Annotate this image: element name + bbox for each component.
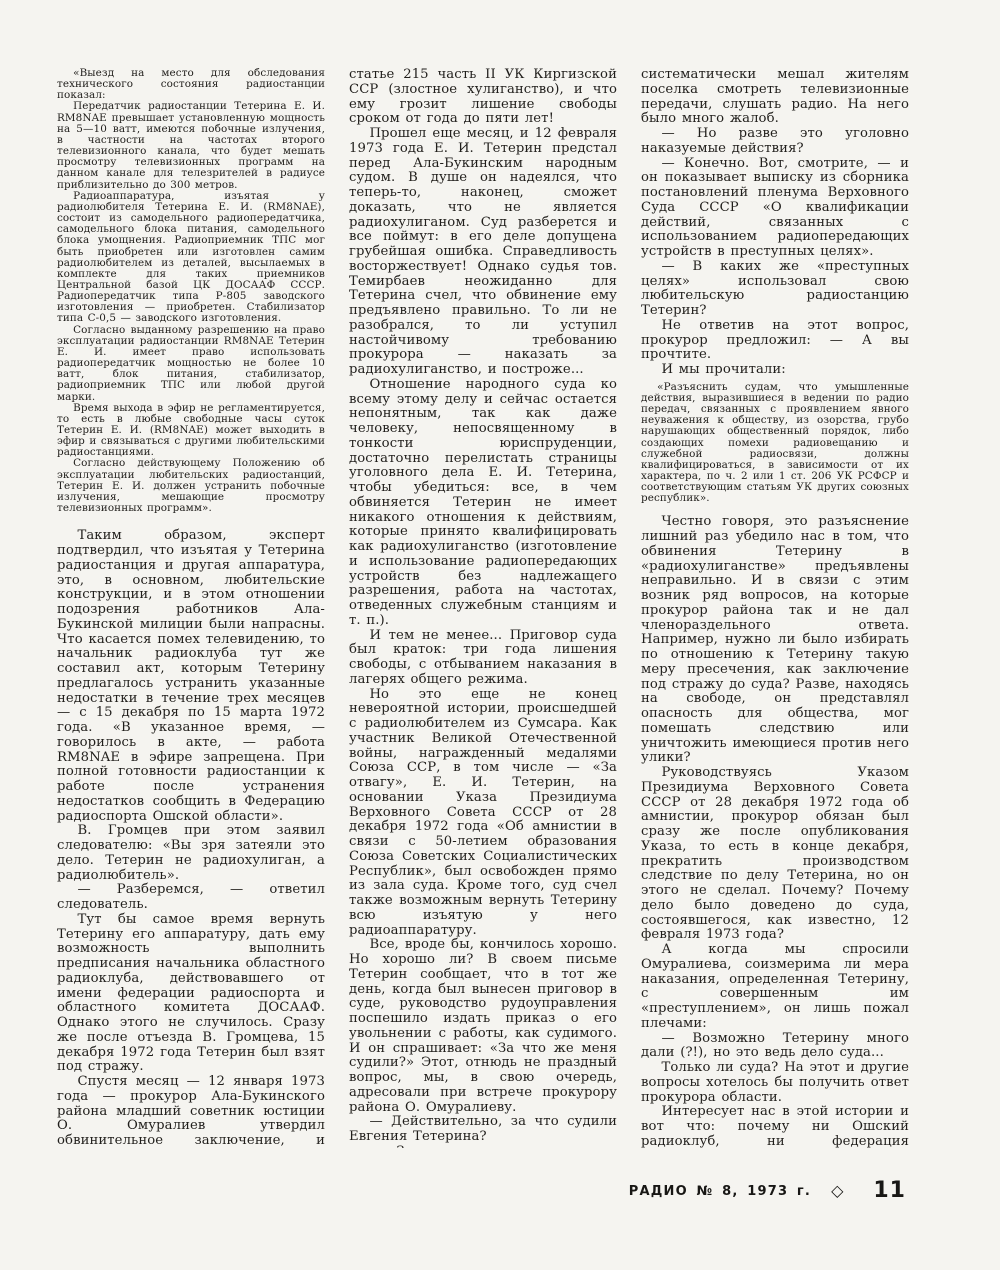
paragraph: Все, вроде бы, кончилось хорошо. Но хоро… — [349, 938, 617, 1115]
magazine-page: «Выезд на место для обследования техниче… — [0, 0, 1000, 1270]
paragraph: — В каких же «преступных целях» использо… — [641, 260, 909, 319]
paragraph: Спустя месяц — 12 января 1973 года — про… — [57, 1075, 325, 1148]
paragraph: Радиоаппаратура, изъятая у радиолюбителя… — [57, 191, 325, 325]
paragraph: Интересует нас в этой истории и вот что:… — [641, 1105, 909, 1148]
paragraph: — Действительно, за что судили Евгения Т… — [349, 1115, 617, 1145]
paragraph: Но это еще не конец невероятной истории,… — [349, 688, 617, 939]
paragraph: Не ответив на этот вопрос, прокурор пред… — [641, 319, 909, 363]
paragraph: Согласно действующему Положению об экспл… — [57, 458, 325, 514]
paragraph: И тем не менее... Приговор суда был крат… — [349, 629, 617, 688]
paragraph: Честно говоря, это разъяснение лишний ра… — [641, 515, 909, 766]
text-column-3: систематически мешал жителям поселка смо… — [641, 68, 909, 1148]
paragraph: систематически мешал жителям поселка смо… — [641, 68, 909, 127]
journal-issue-label: РАДИО № 8, 1973 г. — [629, 1184, 811, 1199]
paragraph: — Разберемся, — ответил следователь. — [57, 883, 325, 913]
paragraph: В. Громцев при этом заявил следователю: … — [57, 824, 325, 883]
paragraph: Согласно выданному разрешению на право э… — [57, 325, 325, 403]
paragraph: «Разъяснить судам, что умышленные действ… — [641, 382, 909, 505]
paragraph: «Выезд на место для обследования техниче… — [57, 68, 325, 101]
page-footer: РАДИО № 8, 1973 г. ◇ 11 — [629, 1180, 906, 1202]
paragraph: — Конечно. Вот, смотрите, — и он показыв… — [641, 157, 909, 260]
paragraph: Только ли суда? На этот и другие вопросы… — [641, 1061, 909, 1105]
paragraph: — За радиохулиганство, — не задумываясь … — [349, 1145, 617, 1148]
paragraph: Передатчик радиостанции Тетерина Е. И. R… — [57, 101, 325, 190]
diamond-icon: ◇ — [831, 1183, 843, 1199]
paragraph: — Но разве это уголовно наказуемые дейст… — [641, 127, 909, 157]
paragraph: Руководствуясь Указом Президиума Верховн… — [641, 766, 909, 943]
article-columns: «Выезд на место для обследования техниче… — [57, 68, 909, 1148]
paragraph: Прошел еще месяц, и 12 февраля 1973 года… — [349, 127, 617, 378]
paragraph: Отношение народного суда ко всему этому … — [349, 378, 617, 629]
text-column-1: «Выезд на место для обследования техниче… — [57, 68, 325, 1148]
text-column-2: статье 215 часть II УК Киргизской ССР (з… — [349, 68, 617, 1148]
paragraph: Тут бы самое время вернуть Тетерину его … — [57, 913, 325, 1075]
page-number: 11 — [873, 1180, 906, 1202]
paragraph: — Возможно Тетерину много дали (?!), но … — [641, 1032, 909, 1062]
paragraph: Время выхода в эфир не регламентируется,… — [57, 403, 325, 459]
paragraph: И мы прочитали: — [641, 363, 909, 378]
paragraph: А когда мы спросили Омуралиева, соизмери… — [641, 943, 909, 1032]
paragraph: Таким образом, эксперт подтвердил, что и… — [57, 529, 325, 824]
paragraph: статье 215 часть II УК Киргизской ССР (з… — [349, 68, 617, 127]
